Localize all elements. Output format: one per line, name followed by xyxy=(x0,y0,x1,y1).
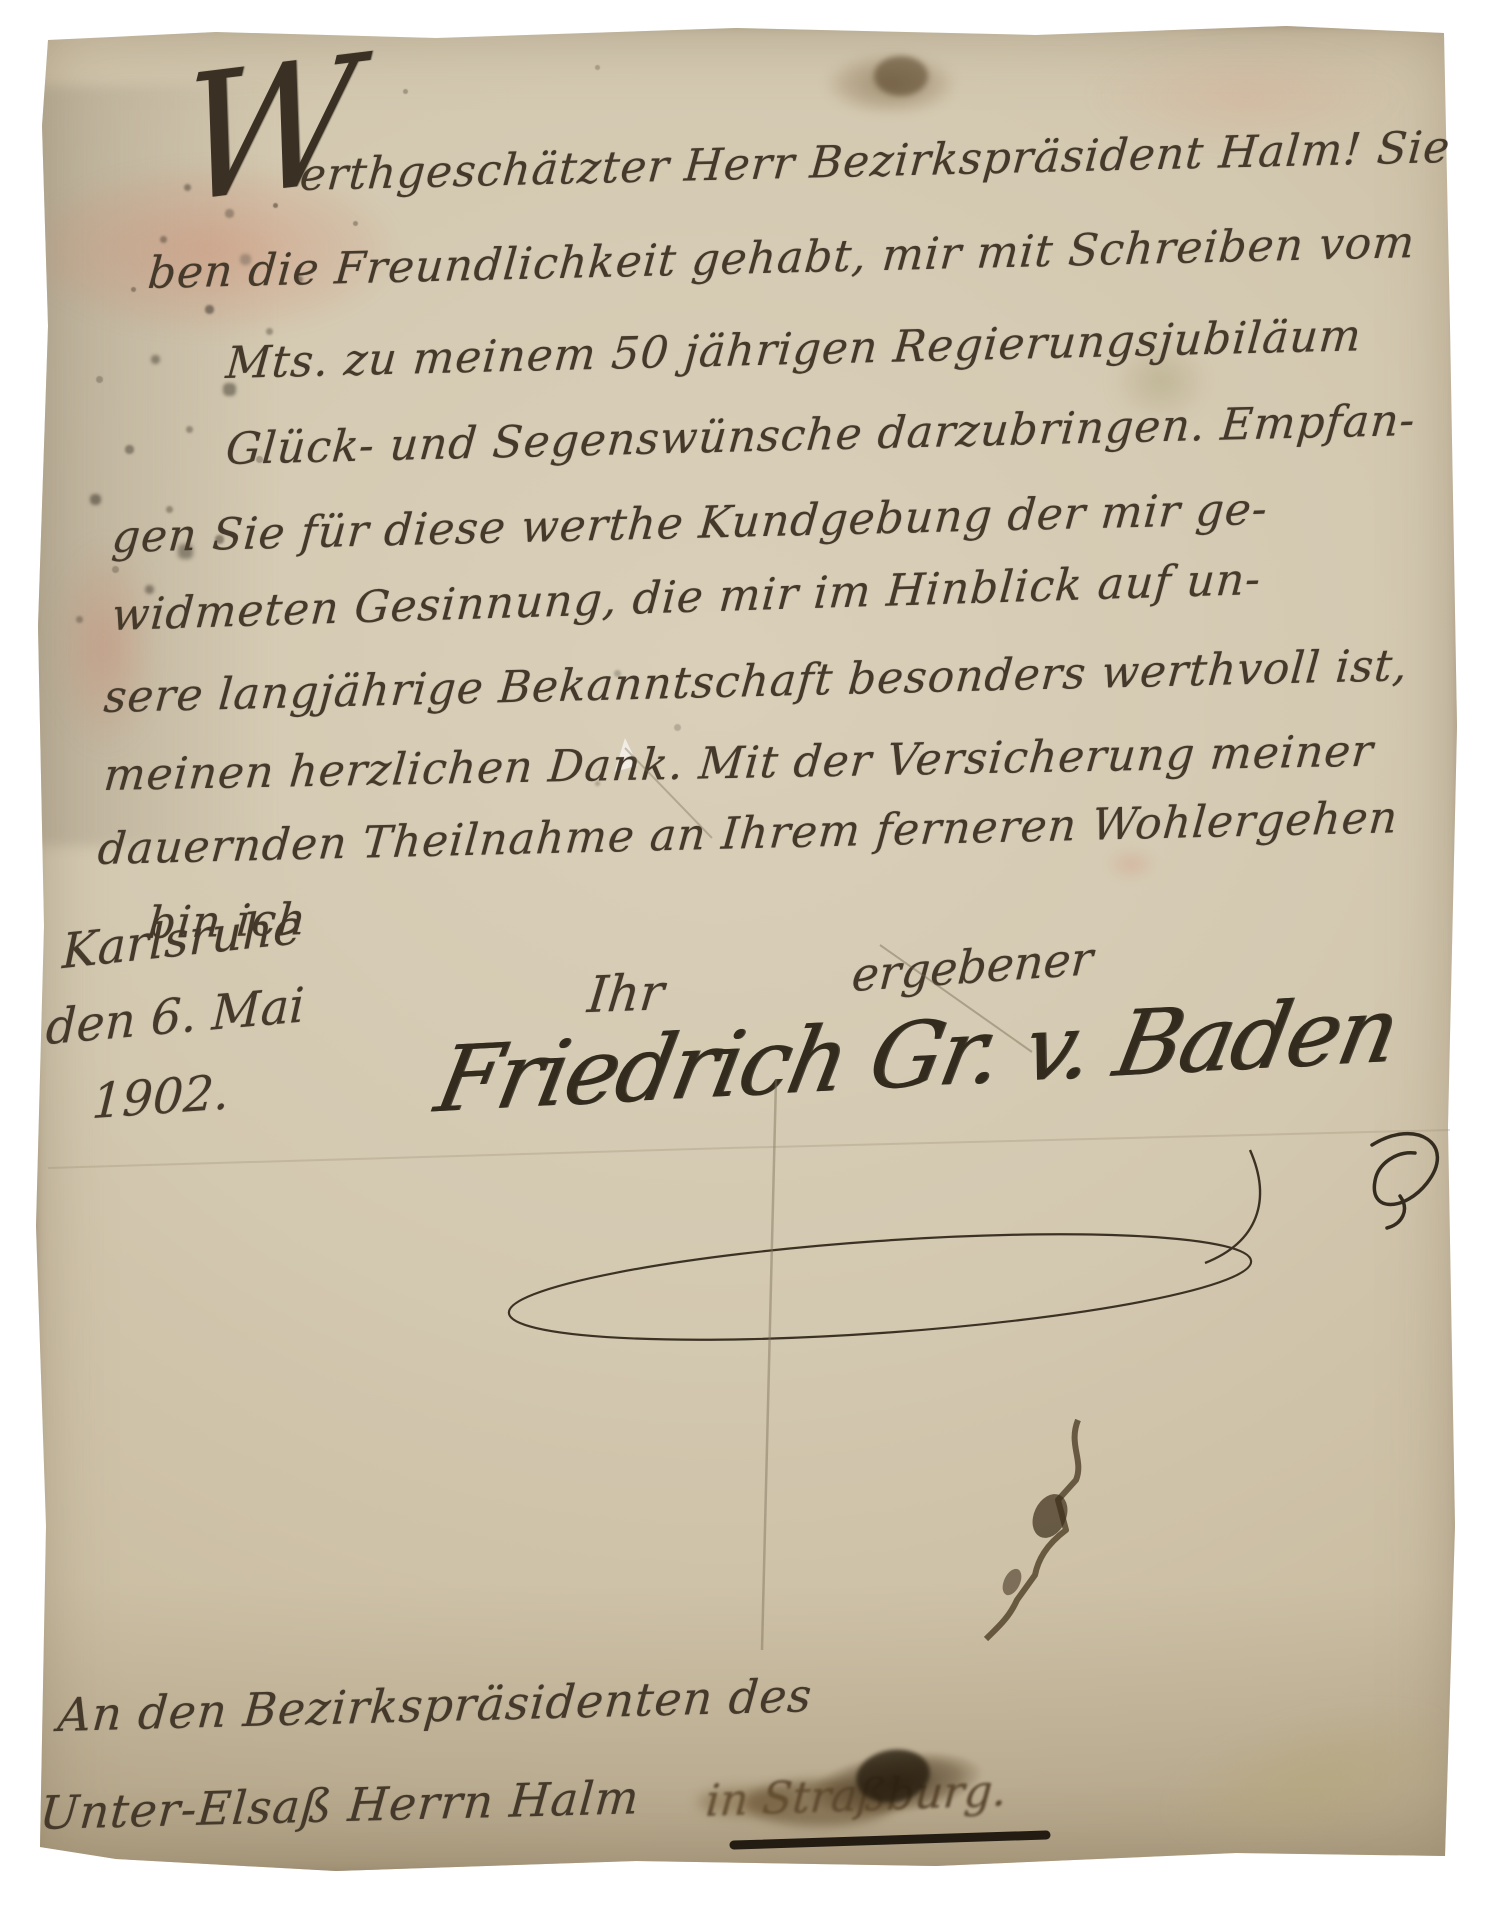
stain-brown-core xyxy=(874,56,928,96)
address-destination: in Straßburg. xyxy=(704,1765,1008,1827)
letter-photograph: W erthgeschätzter Herr Bezirkspräsident … xyxy=(0,0,1496,1920)
closing-pronoun: Ihr xyxy=(585,963,667,1024)
dateline-year: 1902. xyxy=(91,1064,231,1130)
foxing-specks xyxy=(36,26,39,29)
salutation-initial: W xyxy=(177,17,363,242)
stain-bottom-right xyxy=(1100,1649,1461,1894)
stain-brown-top-center xyxy=(806,44,976,124)
